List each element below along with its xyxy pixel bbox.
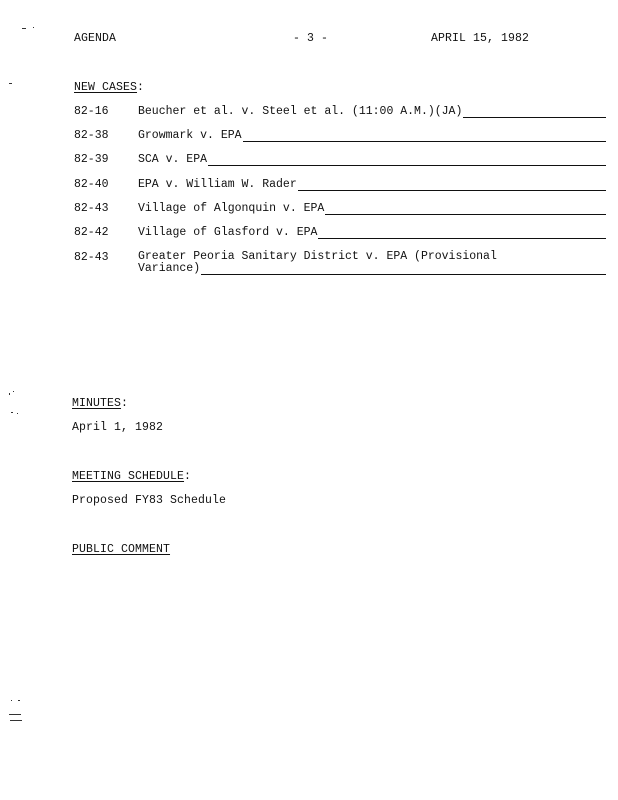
case-entry: Greater Peoria Sanitary District v. EPA …	[138, 251, 606, 275]
scan-speck	[9, 714, 21, 715]
blank-line	[318, 227, 606, 239]
case-number: 82-43	[74, 251, 109, 264]
public-comment-heading-text: PUBLIC COMMENT	[72, 543, 170, 556]
new-cases-heading-text: NEW CASES	[74, 81, 137, 94]
scan-speck	[33, 27, 34, 28]
meeting-schedule-heading-text: MEETING SCHEDULE	[72, 470, 184, 483]
case-title: Beucher et al. v. Steel et al. (11:00 A.…	[138, 105, 462, 118]
case-row: 82-43 Village of Algonquin v. EPA	[74, 202, 606, 228]
blank-line	[298, 179, 606, 191]
case-row: 82-43 Greater Peoria Sanitary District v…	[74, 251, 606, 281]
case-entry: Village of Glasford v. EPA	[138, 226, 606, 239]
scan-speck	[10, 720, 22, 721]
case-row: 82-38 Growmark v. EPA	[74, 129, 606, 155]
minutes-item: April 1, 1982	[72, 421, 163, 434]
meeting-schedule-colon: :	[184, 470, 191, 483]
case-entry: Village of Algonquin v. EPA	[138, 202, 606, 215]
blank-line	[208, 154, 606, 166]
case-row: 82-40 EPA v. William W. Rader	[74, 178, 606, 204]
case-row: 82-16 Beucher et al. v. Steel et al. (11…	[74, 105, 606, 131]
header-agenda: AGENDA	[74, 32, 116, 45]
case-title: Village of Algonquin v. EPA	[138, 202, 324, 215]
scan-speck	[22, 28, 26, 29]
case-entry: Beucher et al. v. Steel et al. (11:00 A.…	[138, 105, 606, 118]
case-title: Village of Glasford v. EPA	[138, 226, 317, 239]
case-title-line-1: Greater Peoria Sanitary District v. EPA …	[138, 251, 606, 263]
scan-speck	[9, 393, 10, 395]
scan-speck	[13, 391, 14, 392]
case-title-line-2: Variance)	[138, 263, 200, 275]
public-comment-heading: PUBLIC COMMENT	[72, 543, 170, 556]
blank-line	[463, 106, 606, 118]
meeting-schedule-heading: MEETING SCHEDULE:	[72, 470, 191, 483]
blank-line	[201, 264, 606, 275]
case-row: 82-39 SCA v. EPA	[74, 153, 606, 179]
case-number: 82-43	[74, 202, 109, 215]
case-number: 82-16	[74, 105, 109, 118]
scan-speck	[11, 412, 13, 413]
page-number: - 3 -	[293, 32, 328, 45]
minutes-colon: :	[121, 397, 128, 410]
case-number: 82-42	[74, 226, 109, 239]
case-number: 82-39	[74, 153, 109, 166]
case-entry: Growmark v. EPA	[138, 129, 606, 142]
case-title: SCA v. EPA	[138, 153, 207, 166]
blank-line	[325, 203, 606, 215]
case-entry: SCA v. EPA	[138, 153, 606, 166]
case-entry: EPA v. William W. Rader	[138, 178, 606, 191]
blank-line	[243, 130, 606, 142]
minutes-heading-text: MINUTES	[72, 397, 121, 410]
scan-speck	[9, 83, 12, 84]
header-date: APRIL 15, 1982	[431, 32, 529, 45]
case-title: EPA v. William W. Rader	[138, 178, 297, 191]
case-number: 82-40	[74, 178, 109, 191]
minutes-heading: MINUTES:	[72, 397, 128, 410]
scan-speck	[18, 700, 20, 701]
scan-speck	[11, 700, 12, 701]
case-number: 82-38	[74, 129, 109, 142]
new-cases-heading: NEW CASES:	[74, 81, 144, 94]
new-cases-colon: :	[137, 81, 144, 94]
case-title-line-2-row: Variance)	[138, 263, 606, 275]
case-title: Growmark v. EPA	[138, 129, 242, 142]
meeting-schedule-item: Proposed FY83 Schedule	[72, 494, 226, 507]
case-row: 82-42 Village of Glasford v. EPA	[74, 226, 606, 252]
scan-speck	[17, 413, 18, 414]
